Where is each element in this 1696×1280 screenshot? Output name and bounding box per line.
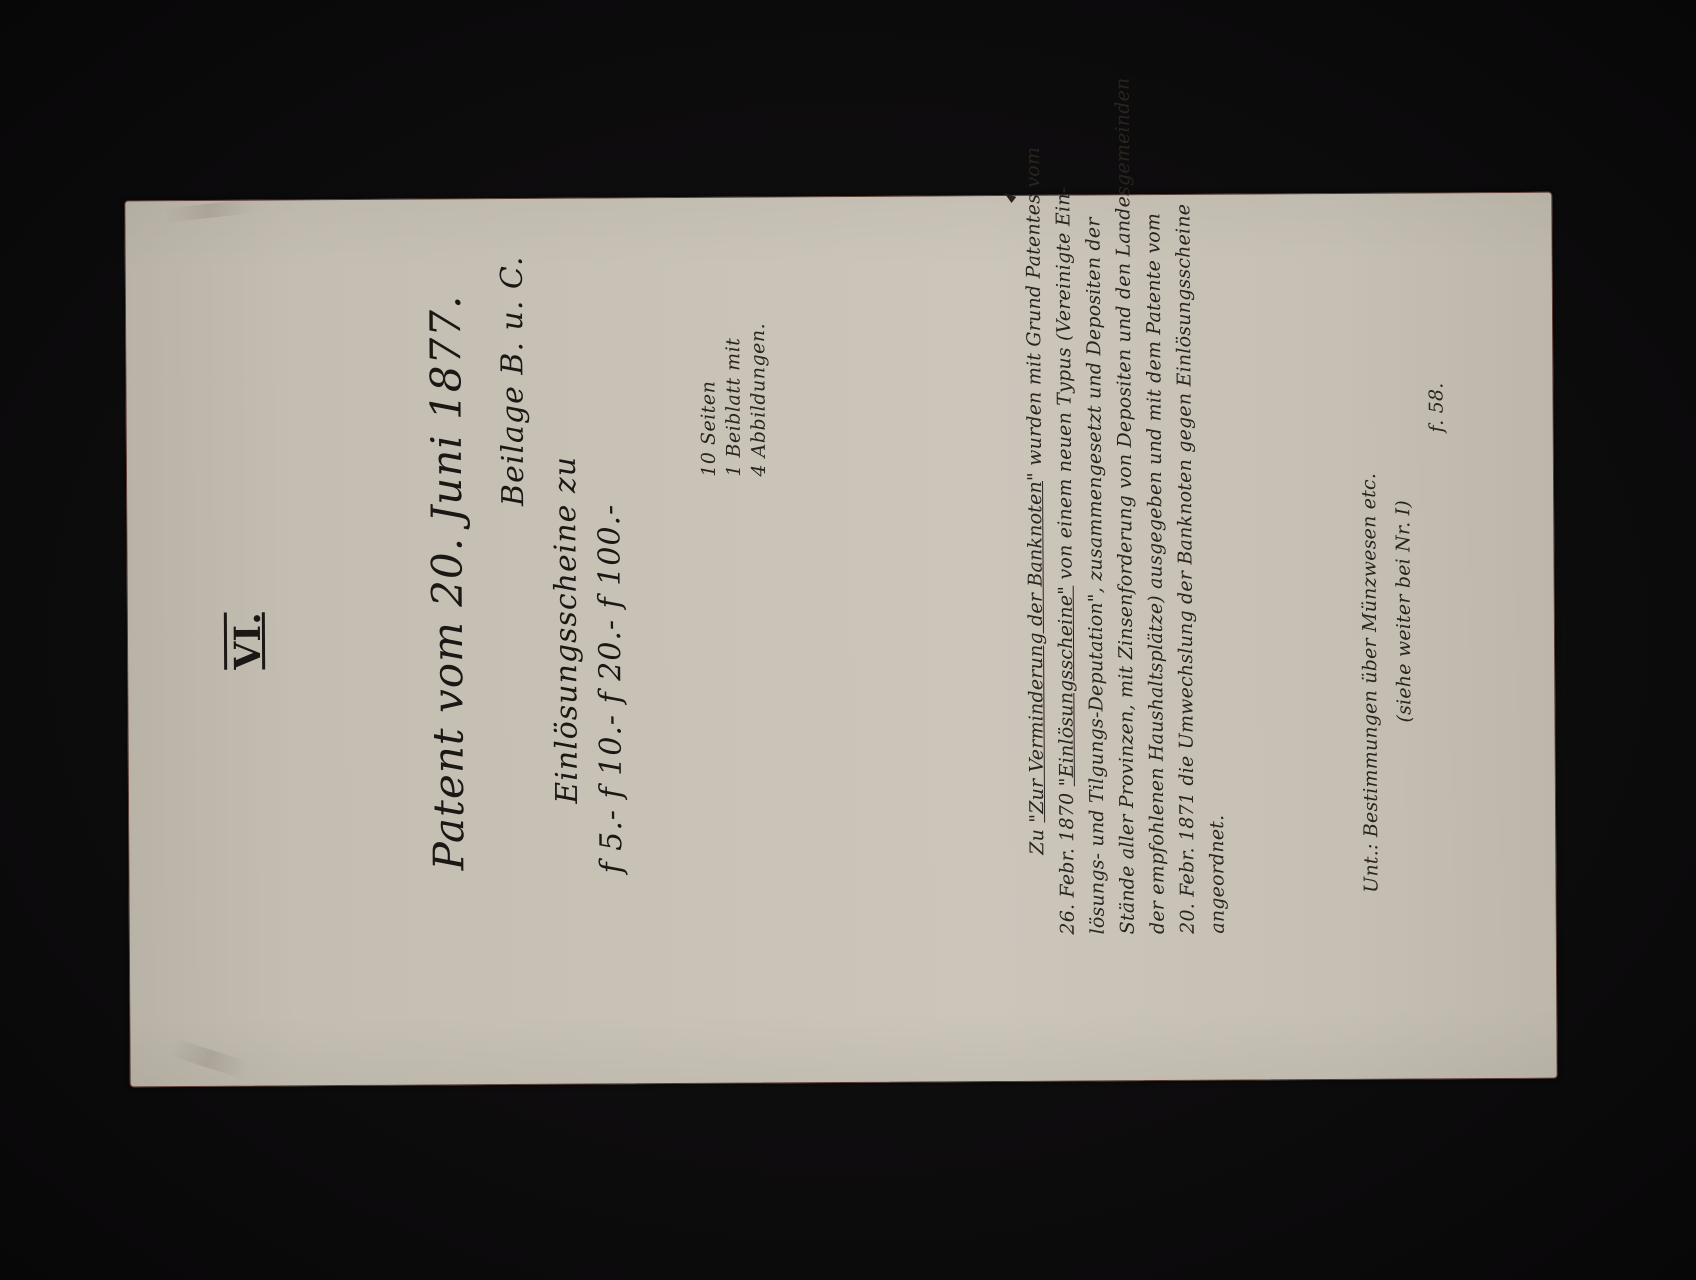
paper-crease xyxy=(164,199,255,223)
description-line: angeordnet. xyxy=(1206,815,1229,934)
footnote-line: f. 58. xyxy=(1425,382,1447,432)
description-text: Zu xyxy=(1026,829,1048,855)
denominations-line: f 5.- f 10.- f 20.- f 100.- xyxy=(592,504,629,874)
description-line: Stände aller Provinzen, mit Zinsenforder… xyxy=(1112,77,1139,934)
pages-note-line: 1 Beiblatt mit xyxy=(722,338,745,477)
description-underlined-text: "Zur Verminderung der Banknoten xyxy=(1024,481,1048,823)
paper-tear-mark xyxy=(1004,193,1016,203)
footnote-line: (siehe weiter bei Nr. I) xyxy=(1392,500,1415,723)
subject-line: Einlösungsscheine zu xyxy=(548,456,585,804)
footnote-line: Unt.: Bestimmungen über Münzwesen etc. xyxy=(1358,473,1383,893)
pages-note-line: 4 Abbildungen. xyxy=(747,323,770,477)
document-sheet: VI. Patent vom 20. Juni 1877. Beilage B.… xyxy=(124,192,1557,1088)
description-line: 26. Febr. 1870 "Einlösungsscheine" von e… xyxy=(1052,187,1079,935)
description-line: Zu "Zur Verminderung der Banknoten" wurd… xyxy=(1022,147,1048,855)
attachment-label: Beilage B. u. C. xyxy=(495,256,532,507)
description-underlined-text: "Einlösungsscheine" xyxy=(1055,586,1078,787)
description-line: der empfohlenen Haushaltsplätze) ausgege… xyxy=(1142,213,1168,934)
document-title: Patent vom 20. Juni 1877. xyxy=(421,295,474,871)
pages-note-line: 10 Seiten xyxy=(697,381,720,477)
description-line: lösungs- und Tilgungs-Deputation", zusam… xyxy=(1082,217,1108,934)
description-line: 20. Febr. 1871 die Umwechslung der Bankn… xyxy=(1172,204,1198,934)
description-text: 26. Febr. 1870 xyxy=(1056,793,1079,935)
section-numeral: VI. xyxy=(227,612,269,670)
description-text: " wurden mit Grund Patentes vom xyxy=(1022,147,1046,481)
description-text: von einem neuen Typus (Vereinigte Ein- xyxy=(1052,187,1076,580)
paper-crease xyxy=(169,1038,251,1079)
